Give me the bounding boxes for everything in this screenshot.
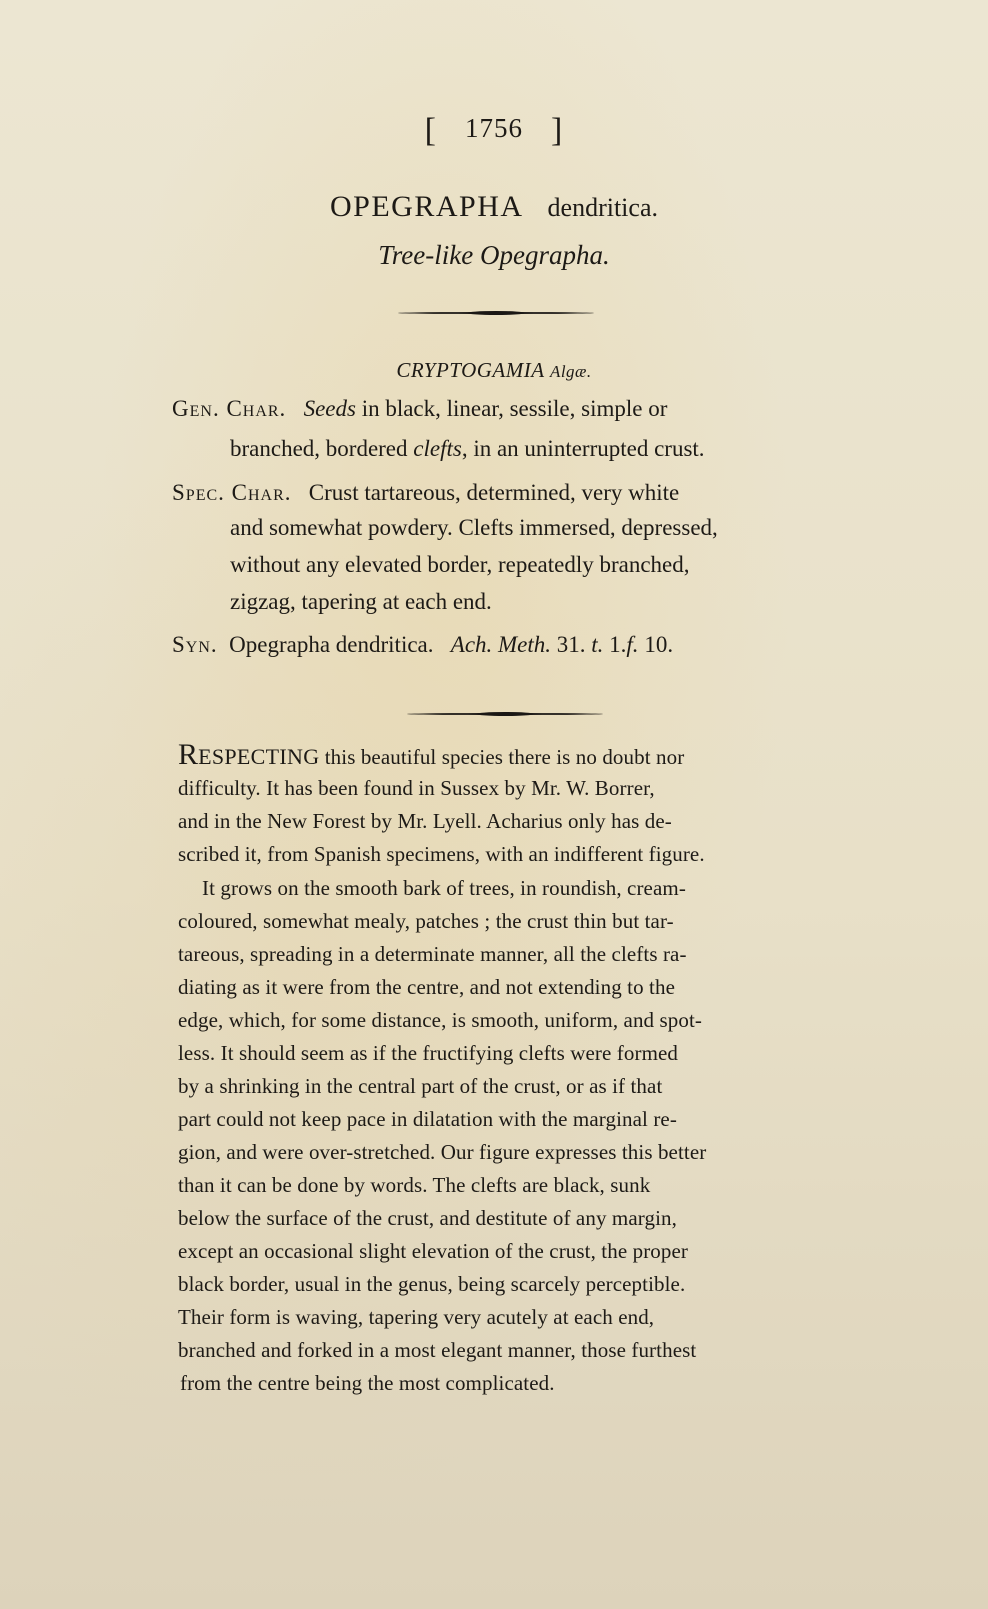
synonym-line: Syn. Opegrapha dendritica. Ach. Meth. 31… [172,632,673,658]
body-line-6: coloured, somewhat mealy, patches ; the … [178,909,674,934]
body-line-15: below the surface of the crust, and dest… [178,1206,677,1231]
bracket-open: [ [425,112,437,149]
classification: CRYPTOGAMIA Algæ. [0,358,988,383]
bracket-close: ] [551,112,563,149]
body-line-5: It grows on the smooth bark of trees, in… [202,876,686,901]
body-line-14: than it can be done by words. The clefts… [178,1173,650,1198]
syn-ref-plate: 1. [609,632,626,657]
body-line-4: scribed it, from Spanish specimens, with… [178,842,705,867]
drop-cap: R [178,738,198,771]
body-line-10: less. It should seem as if the fructifyi… [178,1041,678,1066]
divider-rule [398,312,594,314]
body-line-7: tareous, spreading in a determinate mann… [178,942,687,967]
body-line-9: edge, which, for some distance, is smoot… [178,1008,702,1033]
body-line-12: part could not keep pace in dilatation w… [178,1107,677,1132]
syn-ref-page: 31. [557,632,586,657]
gen-char-line-1: Gen. Char. Seeds in black, linear, sessi… [172,396,667,422]
body-text: this beautiful species there is no doubt… [319,745,684,769]
book-page: [1756] OPEGRAPHAdendritica. Tree-like Op… [0,0,988,1609]
divider-rule [407,713,603,715]
gen-char-text: in black, linear, sessile, simple or [356,396,667,421]
gen-char-label: Gen. Char. [172,396,286,421]
gen-char-italic: Seeds [304,396,356,421]
body-line-8: diating as it were from the centre, and … [178,975,675,1000]
body-line-16: except an occasional slight elevation of… [178,1239,688,1264]
page-number-value: 1756 [465,113,523,143]
body-line-2: difficulty. It has been found in Sussex … [178,776,655,801]
page-number: [1756] [0,108,988,146]
species-name: dendritica. [548,193,658,222]
first-word: ESPECTING [198,744,319,769]
spec-char-line-1: Spec. Char. Crust tartareous, determined… [172,480,679,506]
genus-name: OPEGRAPHA [330,190,524,223]
syn-text: Opegrapha dendritica. [229,632,433,657]
body-line-13: gion, and were over-stretched. Our figur… [178,1140,706,1165]
class-name: CRYPTOGAMIA [396,358,544,382]
common-name: Tree-like Opegrapha. [0,240,988,271]
body-line-3: and in the New Forest by Mr. Lyell. Acha… [178,809,672,834]
spec-char-label: Spec. Char. [172,480,292,505]
body-line-17: black border, usual in the genus, being … [178,1272,685,1297]
body-line-1: RESPECTING this beautiful species there … [178,738,684,772]
body-line-19: branched and forked in a most elegant ma… [178,1338,696,1363]
gen-char-line-2: branched, bordered clefts, in an uninter… [230,436,705,462]
syn-label: Syn. [172,632,218,657]
species-title: OPEGRAPHAdendritica. [0,190,988,224]
body-line-20: from the centre being the most complicat… [180,1371,555,1396]
gen-char-italic: clefts [413,436,462,461]
spec-char-text: Crust tartareous, determined, very white [309,480,679,505]
spec-char-line-2: and somewhat powdery. Clefts immersed, d… [230,515,718,541]
spec-char-line-4: zigzag, tapering at each end. [230,589,492,615]
gen-char-text: branched, bordered [230,436,413,461]
order-name: Algæ. [550,362,592,381]
body-line-11: by a shrinking in the central part of th… [178,1074,662,1099]
syn-ref-t: t. [591,632,603,657]
gen-char-text: , in an uninterrupted crust. [462,436,705,461]
syn-ref-f: f. [626,632,638,657]
body-line-18: Their form is waving, tapering very acut… [178,1305,654,1330]
syn-ref-author: Ach. Meth. [451,632,551,657]
spec-char-line-3: without any elevated border, repeatedly … [230,552,690,578]
syn-ref-fig: 10. [644,632,673,657]
